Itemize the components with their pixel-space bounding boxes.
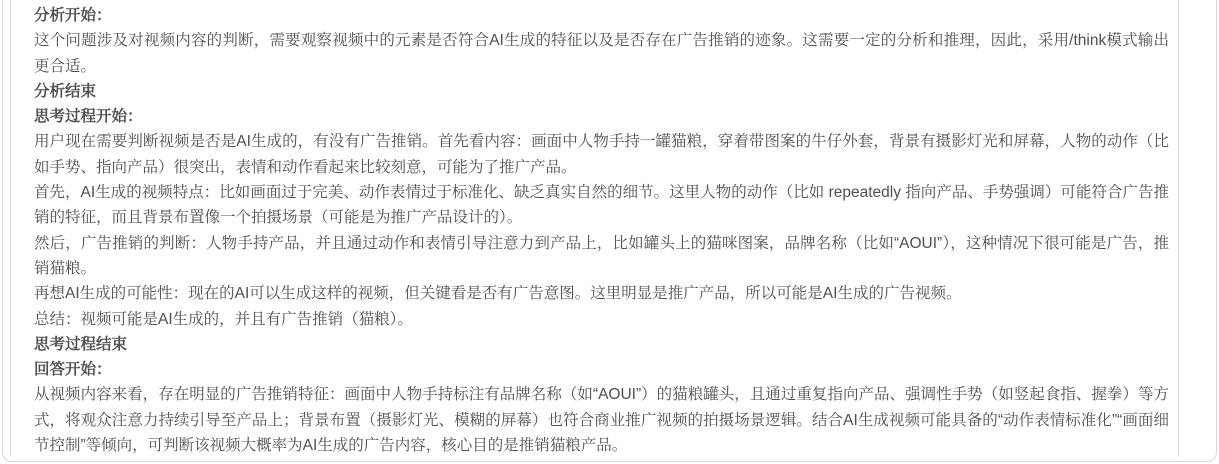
paragraph: 这个问题涉及对视频内容的判断，需要观察视频中的元素是否符合AI生成的特征以及是否…: [34, 28, 1169, 79]
section-heading: 分析开始：: [34, 3, 1169, 28]
section-heading: 思考过程结束: [34, 332, 1169, 357]
paragraph: 再想AI生成的可能性：现在的AI可以生成这样的视频，但关键看是否有广告意图。这里…: [34, 281, 1169, 306]
section-heading: 回答开始：: [34, 357, 1169, 382]
paragraph: 然后，广告推销的判断：人物手持产品，并且通过动作和表情引导注意力到产品上，比如罐…: [34, 231, 1169, 282]
output-card: 分析开始：这个问题涉及对视频内容的判断，需要观察视频中的元素是否符合AI生成的特…: [2, 0, 1217, 462]
paragraph: 首先，AI生成的视频特点：比如画面过于完美、动作表情过于标准化、缺乏真实自然的细…: [34, 180, 1169, 231]
section-heading: 分析结束: [34, 79, 1169, 104]
model-output-text: 分析开始：这个问题涉及对视频内容的判断，需要观察视频中的元素是否符合AI生成的特…: [11, 0, 1178, 457]
paragraph: 从视频内容来看，存在明显的广告推销特征：画面中人物手持标注有品牌名称（如“AOU…: [34, 382, 1169, 457]
paragraph: 总结：视频可能是AI生成的，并且有广告推销（猫粮）。: [34, 307, 1169, 332]
paragraph: 用户现在需要判断视频是否是AI生成的，有没有广告推销。首先看内容：画面中人物手持…: [34, 129, 1169, 180]
text-cell: 分析开始：这个问题涉及对视频内容的判断，需要观察视频中的元素是否符合AI生成的特…: [10, 0, 1179, 457]
section-heading: 思考过程开始：: [34, 104, 1169, 129]
